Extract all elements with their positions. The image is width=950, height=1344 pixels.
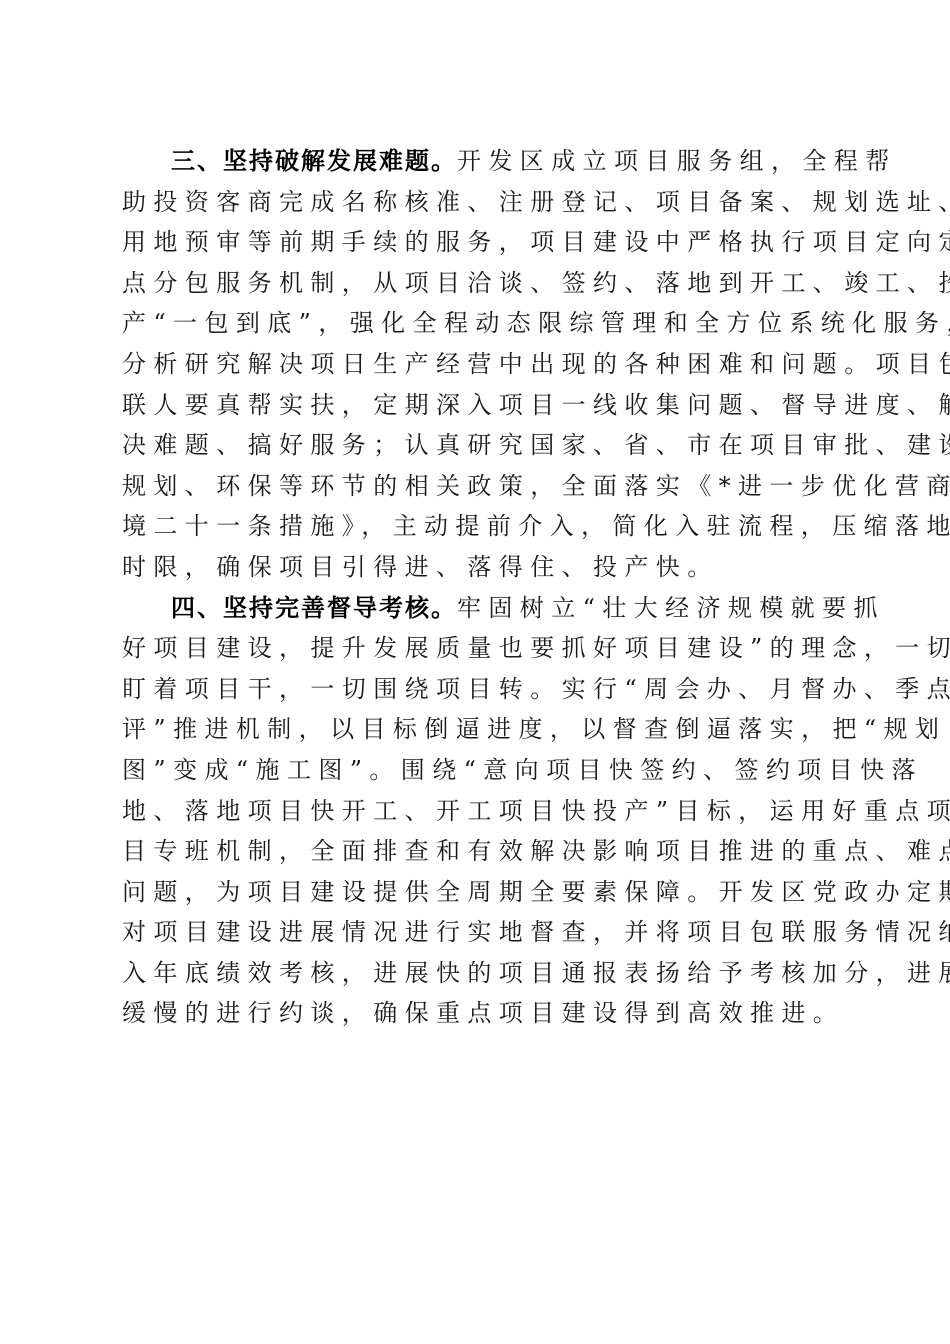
text-line: 盯着项目干，一切围绕项目转。实行“周会办、月督办、季点	[122, 669, 842, 710]
text-line: 时限，确保项目引得进、落得住、投产快。	[122, 547, 842, 588]
body-text: 开发区成立项目服务组，全程帮	[457, 147, 897, 175]
text-line: 评”推进机制，以目标倒逼进度，以督查倒逼落实，把“规划	[122, 709, 842, 750]
text-line: 产“一包到底”，强化全程动态限综管理和全方位系统化服务，	[122, 303, 842, 344]
document-page: 三、坚持破解发展难题。开发区成立项目服务组，全程帮 助投资客商完成名称核准、注册…	[122, 141, 842, 1034]
text-line: 决难题、搞好服务；认真研究国家、省、市在项目审批、建设、	[122, 425, 842, 466]
text-line: 点分包服务机制，从项目洽谈、签约、落地到开工、竣工、投	[122, 263, 842, 304]
text-line: 分析研究解决项日生产经营中出现的各种困难和问题。项目包	[122, 344, 842, 385]
section-heading: 四、坚持完善督导考核。	[171, 594, 457, 622]
body-text: 牢固树立“壮大经济规模就要抓	[457, 594, 885, 622]
text-line: 对项目建设进展情况进行实地督查，并将项目包联服务情况纳	[122, 912, 842, 953]
text-line: 入年底绩效考核，进展快的项目通报表扬给予考核加分，进展	[122, 953, 842, 994]
section-four: 四、坚持完善督导考核。牢固树立“壮大经济规模就要抓 好项目建设，提升发展质量也要…	[122, 588, 842, 1035]
text-line: 图”变成“施工图”。围绕“意向项目快签约、签约项目快落	[122, 750, 842, 791]
text-line: 规划、环保等环节的相关政策，全面落实《*进一步优化营商环	[122, 466, 842, 507]
text-line: 联人要真帮实扶，定期深入项目一线收集问题、督导进度、解	[122, 385, 842, 426]
paragraph-first-line: 四、坚持完善督导考核。牢固树立“壮大经济规模就要抓	[122, 588, 842, 629]
text-line: 缓慢的进行约谈，确保重点项目建设得到高效推进。	[122, 993, 842, 1034]
text-line: 用地预审等前期手续的服务，项目建设中严格执行项目定向定	[122, 222, 842, 263]
section-three: 三、坚持破解发展难题。开发区成立项目服务组，全程帮 助投资客商完成名称核准、注册…	[122, 141, 842, 588]
paragraph-first-line: 三、坚持破解发展难题。开发区成立项目服务组，全程帮	[122, 141, 842, 182]
text-line: 问题，为项目建设提供全周期全要素保障。开发区党政办定期	[122, 872, 842, 913]
section-heading: 三、坚持破解发展难题。	[171, 147, 457, 175]
text-line: 境二十一条措施》，主动提前介入，简化入驻流程，压缩落地	[122, 506, 842, 547]
text-line: 地、落地项目快开工、开工项目快投产”目标，运用好重点项	[122, 791, 842, 832]
text-line: 目专班机制，全面排查和有效解决影响项目推进的重点、难点	[122, 831, 842, 872]
text-line: 好项目建设，提升发展质量也要抓好项目建设”的理念，一切	[122, 628, 842, 669]
text-line: 助投资客商完成名称核准、注册登记、项目备案、规划选址、	[122, 182, 842, 223]
